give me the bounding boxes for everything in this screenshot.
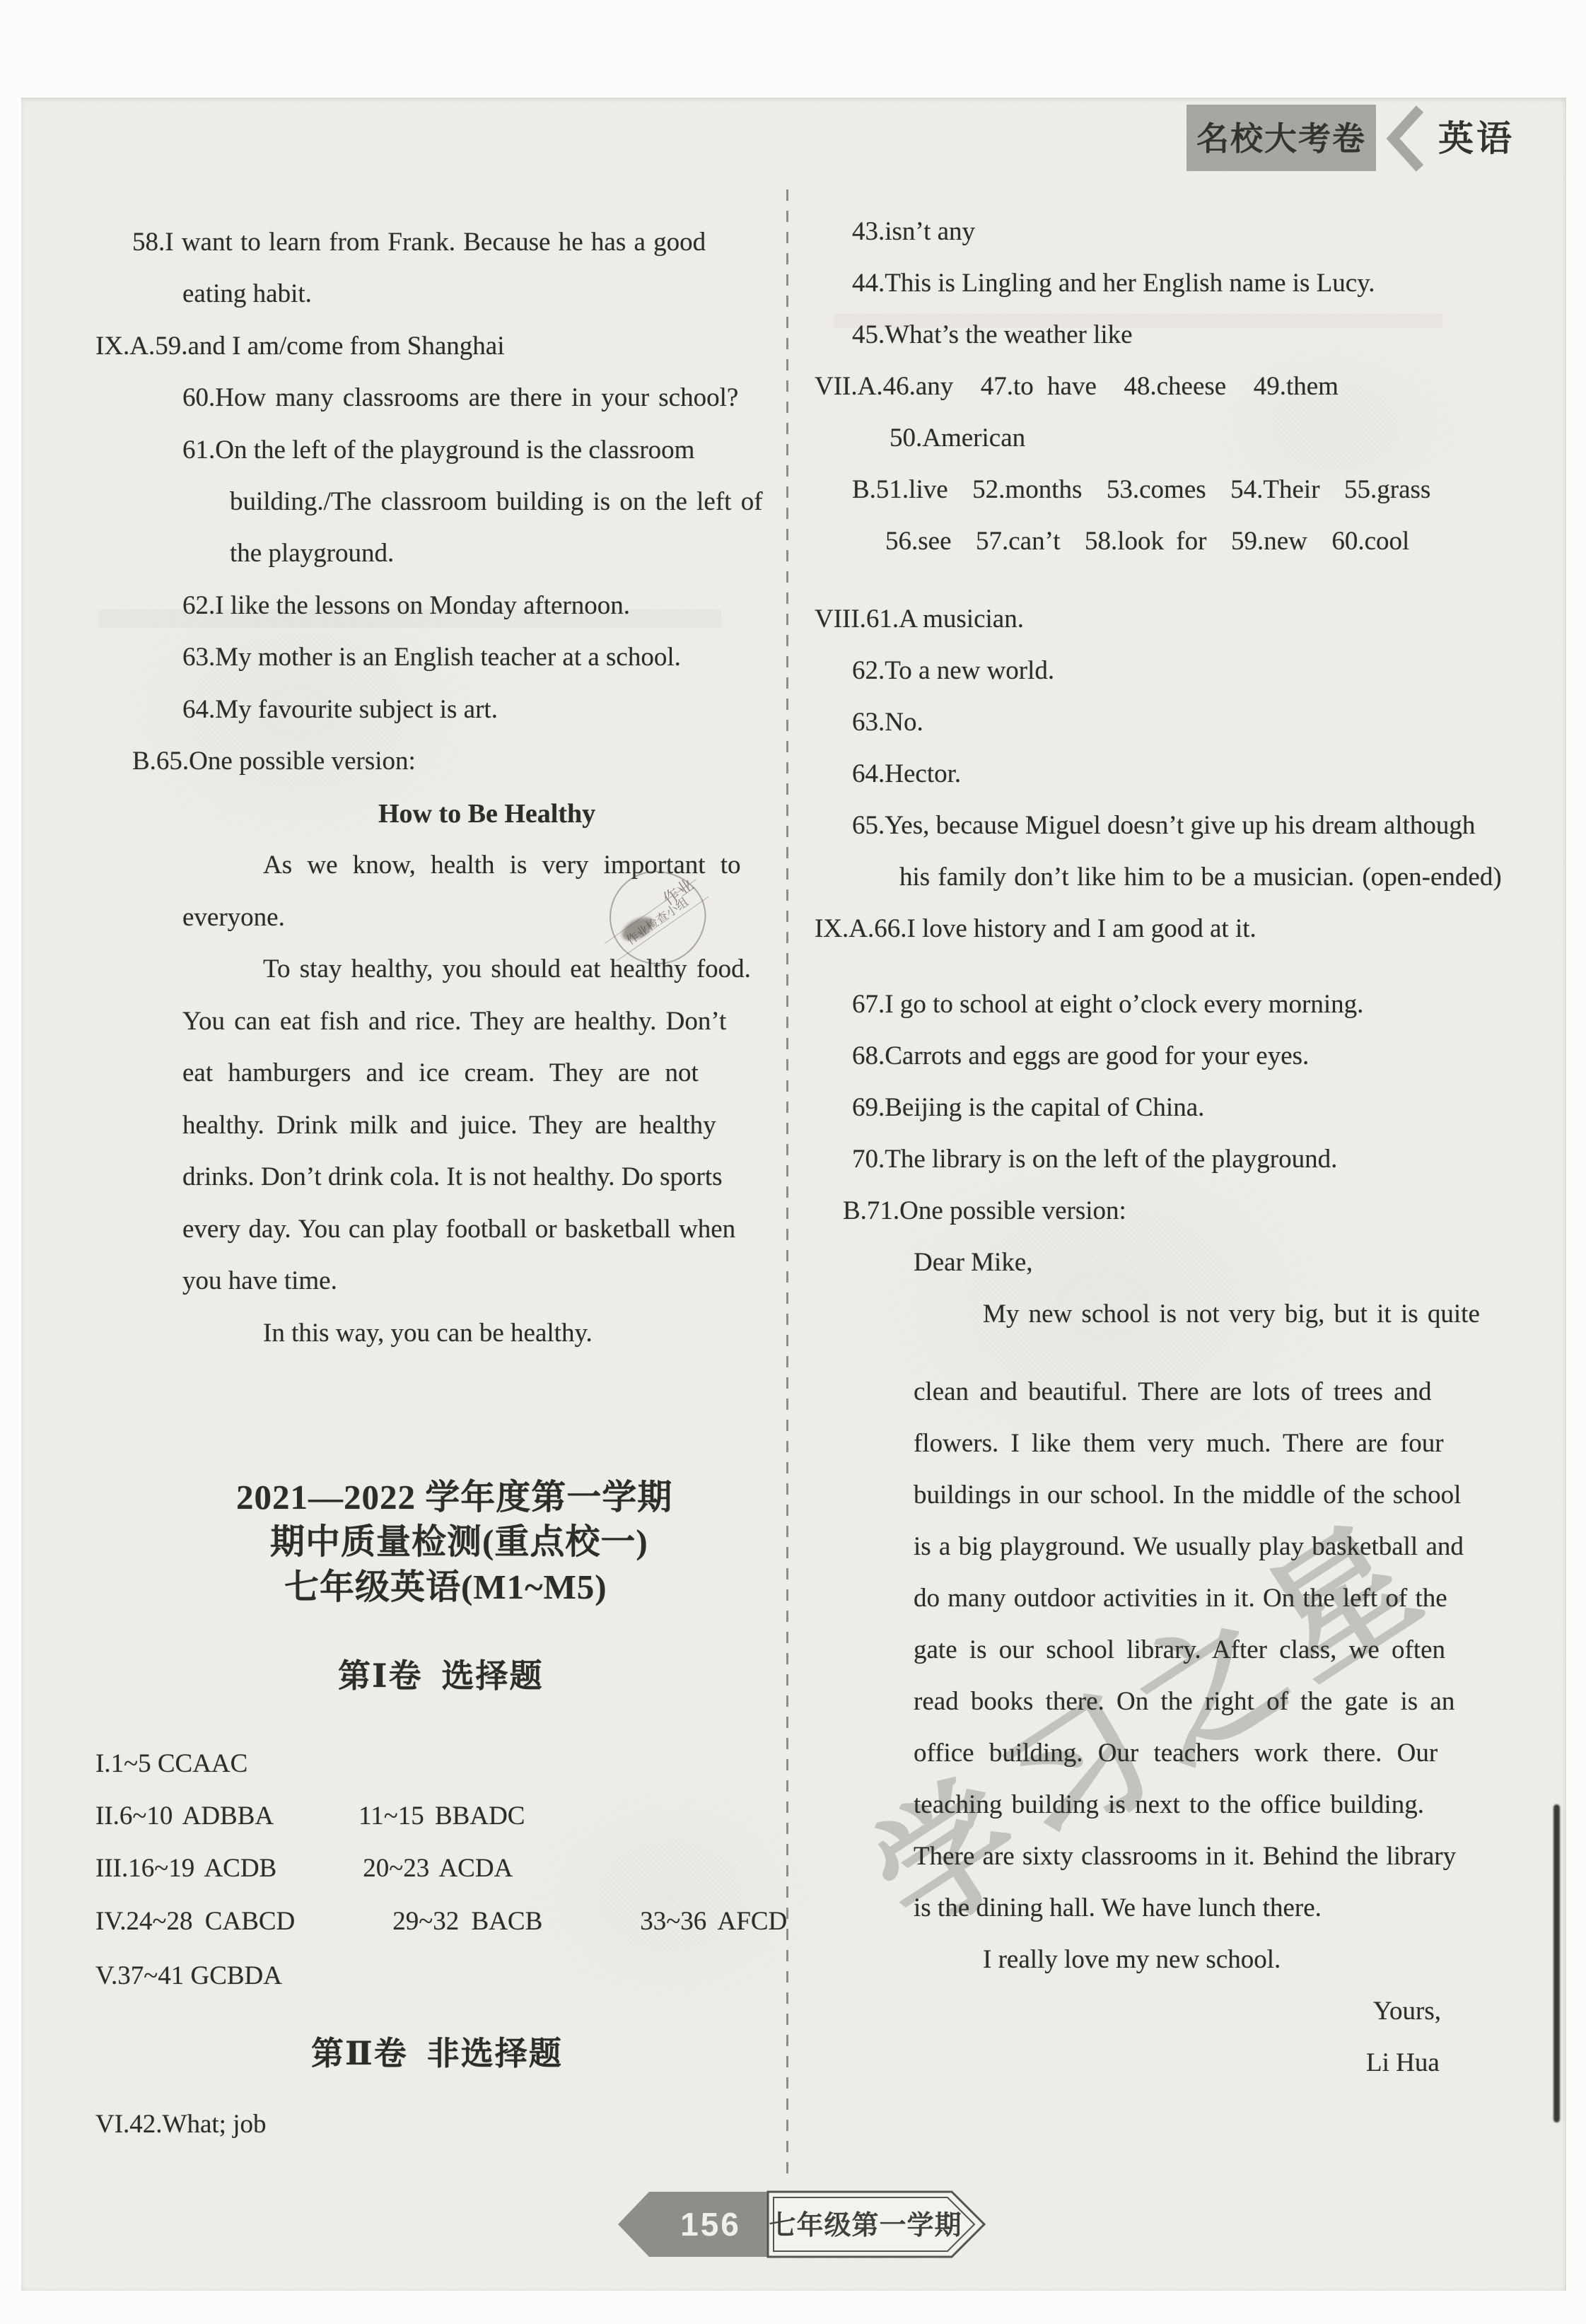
text-line: 70.The library is on the left of the pla… — [852, 1143, 1337, 1176]
text-line: 44.This is Lingling and her English name… — [852, 267, 1375, 300]
text-line: 69.Beijing is the capital of China. — [852, 1092, 1204, 1124]
footer-badge: 156 七年级第一学期 — [617, 2189, 1013, 2260]
text-line: My new school is not very big, but it is… — [983, 1298, 1480, 1331]
text-line: Yours, — [1373, 1995, 1441, 2028]
text-line: his family don’t like him to be a musici… — [899, 861, 1502, 894]
text-line: flowers. I like them very much. There ar… — [914, 1427, 1444, 1460]
page-number: 156 — [680, 2206, 741, 2243]
text-line: 64.Hector. — [852, 758, 961, 790]
text-line: clean and beautiful. There are lots of t… — [914, 1376, 1432, 1408]
right-column: 43.isn’t any44.This is Lingling and her … — [0, 0, 1586, 2324]
footer-label: 七年级第一学期 — [769, 2210, 962, 2241]
text-line: 67.I go to school at eight o’clock every… — [852, 988, 1363, 1021]
text-line: office building. Our teachers work there… — [914, 1737, 1438, 1770]
text-line: is a big playground. We usually play bas… — [914, 1531, 1464, 1563]
text-line: 56.see 57.can’t 58.look for 59.new 60.co… — [885, 525, 1409, 558]
text-line: 62.To a new world. — [852, 655, 1054, 687]
text-line: Dear Mike, — [914, 1246, 1033, 1279]
text-line: 45.What’s the weather like — [852, 319, 1133, 351]
text-line: 43.isn’t any — [852, 216, 975, 248]
text-line: teaching building is next to the office … — [914, 1789, 1424, 1821]
text-line: I really love my new school. — [983, 1944, 1281, 1976]
text-line: 65.Yes, because Miguel doesn’t give up h… — [852, 810, 1475, 842]
text-line: There are sixty classrooms in it. Behind… — [914, 1840, 1456, 1873]
text-line: IX.A.66.I love history and I am good at … — [815, 913, 1256, 945]
text-line: 63.No. — [852, 706, 923, 739]
text-line: Li Hua — [1366, 2047, 1440, 2079]
text-line: gate is our school library. After class,… — [914, 1634, 1445, 1666]
text-line: VII.A.46.any 47.to have 48.cheese 49.the… — [815, 370, 1339, 403]
text-line: read books there. On the right of the ga… — [914, 1686, 1454, 1718]
text-line: 50.American — [890, 422, 1025, 455]
scanned-answer-page: 名校大考卷 英语 学习之星 作业 作业检查小组 58.I want to lea… — [0, 0, 1586, 2324]
text-line: 68.Carrots and eggs are good for your ey… — [852, 1040, 1309, 1073]
text-line: do many outdoor activities in it. On the… — [914, 1582, 1447, 1615]
text-line: B.71.One possible version: — [843, 1195, 1126, 1227]
text-line: buildings in our school. In the middle o… — [914, 1479, 1461, 1512]
text-line: is the dining hall. We have lunch there. — [914, 1892, 1322, 1925]
text-line: VIII.61.A musician. — [815, 603, 1024, 636]
text-line: B.51.live 52.months 53.comes 54.Their 55… — [852, 474, 1430, 506]
